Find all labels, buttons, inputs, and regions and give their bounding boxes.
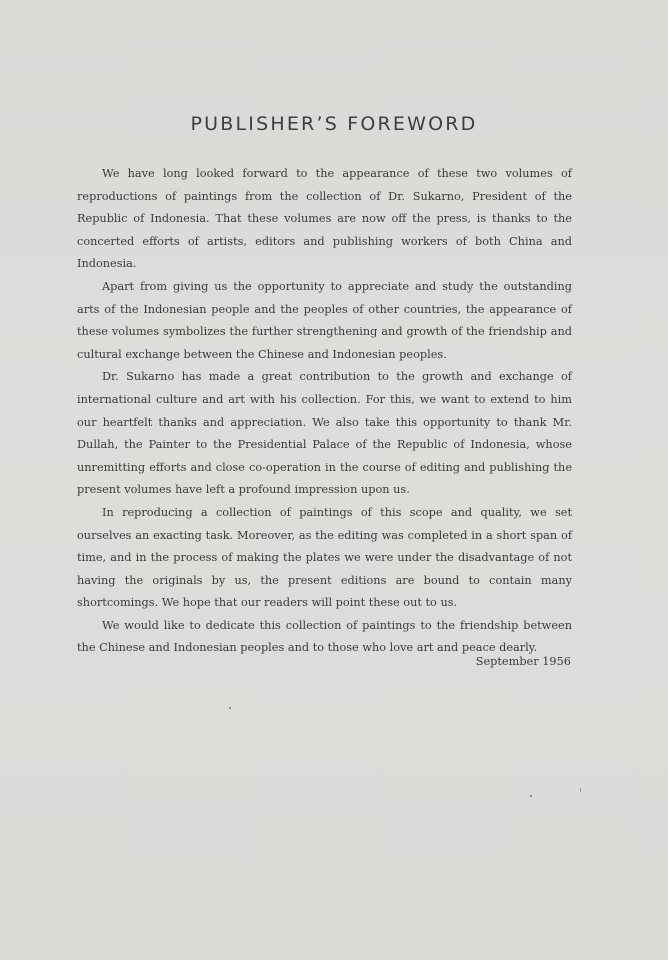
paragraph-5: We would like to dedicate this collectio… bbox=[77, 615, 572, 660]
paragraph-1: We have long looked forward to the appea… bbox=[77, 163, 572, 276]
page-title: PUBLISHER’S FOREWORD bbox=[0, 113, 668, 135]
paragraph-4: In reproducing a collection of paintings… bbox=[77, 502, 572, 615]
paper-speck bbox=[580, 788, 581, 792]
paper-speck bbox=[229, 707, 231, 709]
document-page: PUBLISHER’S FOREWORD We have long looked… bbox=[0, 0, 668, 960]
foreword-body: We have long looked forward to the appea… bbox=[77, 163, 572, 660]
date-signoff: September 1956 bbox=[476, 655, 571, 668]
paper-speck bbox=[530, 795, 532, 797]
paragraph-3: Dr. Sukarno has made a great contributio… bbox=[77, 366, 572, 502]
paragraph-2: Apart from giving us the opportunity to … bbox=[77, 276, 572, 366]
